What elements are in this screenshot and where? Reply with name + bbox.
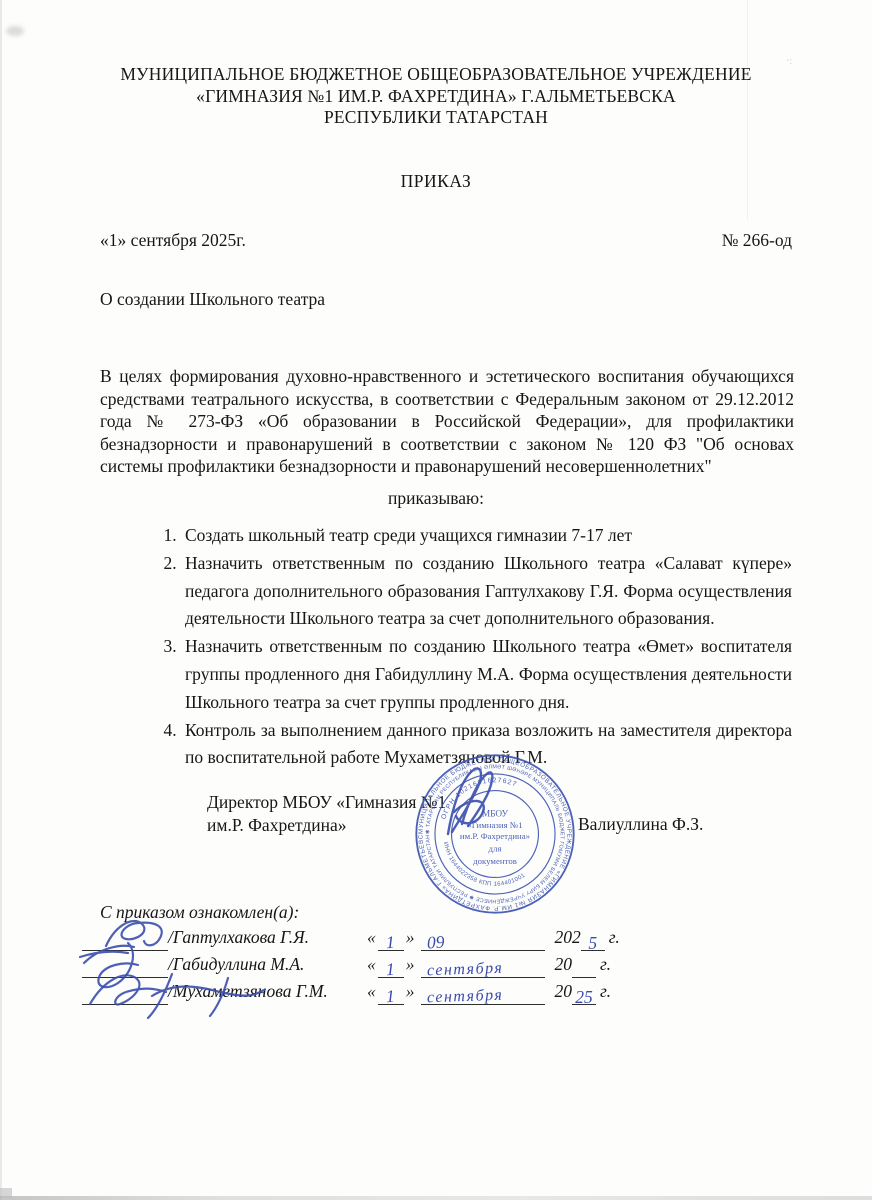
- order-item-1: Создать школьный театр среди учащихся ги…: [181, 522, 792, 550]
- director-name: Валиуллина Ф.З.: [578, 814, 703, 835]
- year-printed: 20: [555, 951, 573, 978]
- scan-edge-bottom: [0, 1196, 872, 1200]
- order-items: Создать школьный театр среди учащихся ги…: [100, 522, 792, 772]
- stamp-center-line-5: документов: [473, 856, 517, 866]
- scanned-order-document: ·: МУНИЦИПАЛЬНОЕ БЮДЖЕТНОЕ ОБЩЕОБРАЗОВАТ…: [0, 0, 872, 1200]
- document-subject: О создании Школьного театра: [100, 289, 325, 310]
- ack-row-1: /Гаптулхакова Г.Я. « 1 » 09 202 5 г.: [82, 924, 642, 951]
- day-slot: 1: [378, 930, 404, 951]
- signature-line: [82, 930, 168, 951]
- scan-corner-artifact: [0, 1188, 12, 1198]
- order-item-3: Назначить ответственным по созданию Школ…: [181, 633, 792, 716]
- document-number: № 266-од: [722, 230, 792, 251]
- month-slot: 09: [421, 930, 545, 951]
- ack-name: /Мухаметзянова Г.М.: [168, 978, 365, 1005]
- order-item-2: Назначить ответственным по созданию Школ…: [181, 550, 792, 633]
- org-header: МУНИЦИПАЛЬНОЕ БЮДЖЕТНОЕ ОБЩЕОБРАЗОВАТЕЛЬ…: [0, 64, 872, 129]
- org-name-line-3: РЕСПУБЛИКИ ТАТАРСТАН: [0, 107, 872, 129]
- org-name-line-1: МУНИЦИПАЛЬНОЕ БЮДЖЕТНОЕ ОБЩЕОБРАЗОВАТЕЛЬ…: [0, 64, 872, 86]
- ack-name: /Гаптулхакова Г.Я.: [168, 924, 365, 951]
- acknowledgment-block: С приказом ознакомлен(а): /Гаптулхакова …: [82, 900, 642, 1005]
- ack-name: /Габидуллина М.А.: [168, 951, 365, 978]
- org-name-line-2: «ГИМНАЗИЯ №1 ИМ.Р. ФАХРЕТДИНА» Г.АЛЬМЕТЬ…: [0, 86, 872, 108]
- scan-smudge: [6, 26, 24, 36]
- month-slot: сентября: [421, 957, 545, 978]
- document-title: ПРИКАЗ: [0, 171, 872, 192]
- year-hand-slot: 25: [572, 984, 596, 1005]
- ack-row-2: /Габидуллина М.А. « 1 » сентября 20 г.: [82, 951, 642, 978]
- year-hand-slot: [572, 957, 596, 978]
- acknowledgment-title: С приказом ознакомлен(а):: [82, 900, 642, 924]
- month-slot: сентября: [421, 984, 545, 1005]
- preamble-paragraph: В целях формирования духовно-нравственно…: [100, 365, 794, 478]
- year-printed: 202: [555, 924, 581, 951]
- signature-line: [82, 957, 168, 978]
- day-slot: 1: [378, 957, 404, 978]
- order-word: приказываю:: [0, 488, 872, 509]
- day-slot: 1: [378, 984, 404, 1005]
- year-hand-slot: 5: [581, 930, 605, 951]
- ack-row-3: /Мухаметзянова Г.М. « 1 » сентября 20 25…: [82, 978, 642, 1005]
- signature-line: [82, 984, 168, 1005]
- director-signature: [432, 760, 516, 848]
- year-printed: 20: [555, 978, 573, 1005]
- document-date: «1» сентября 2025г.: [100, 230, 246, 251]
- date-number-row: «1» сентября 2025г. № 266-од: [100, 230, 792, 251]
